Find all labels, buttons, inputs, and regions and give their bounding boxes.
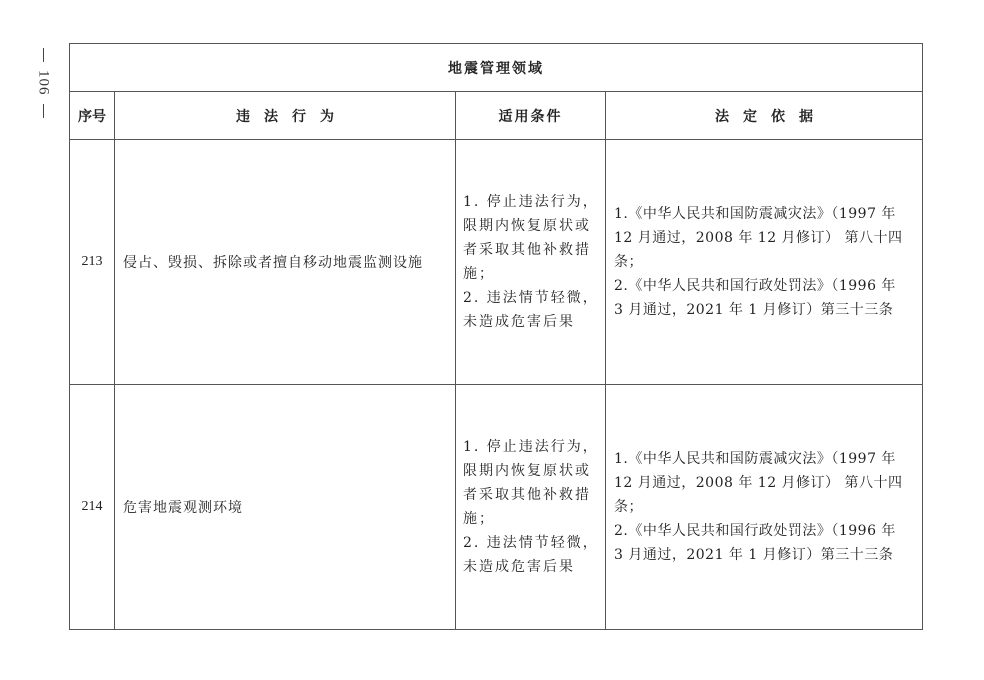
row-basis: 1.《中华人民共和国防震减灾法》（1997 年 12 月通过，2008 年 12… — [606, 140, 923, 385]
page-number-marker: 106 — [30, 48, 56, 148]
divider — [43, 104, 44, 118]
row-seq: 214 — [70, 385, 115, 630]
header-seq: 序号 — [70, 92, 115, 140]
table-header-row: 序号 违法行为 适用条件 法定依据 — [70, 92, 923, 140]
row-seq: 213 — [70, 140, 115, 385]
row-action: 危害地震观测环境 — [115, 385, 456, 630]
table-title-row: 地震管理领域 — [70, 44, 923, 92]
row-condition: 1. 停止违法行为， 限期内恢复原状或 者采取其他补救措 施； 2. 违法情节轻… — [456, 140, 606, 385]
table-row: 213 侵占、毁损、拆除或者擅自移动地震监测设施 1. 停止违法行为， 限期内恢… — [70, 140, 923, 385]
header-basis: 法定依据 — [606, 92, 923, 140]
page-number: 106 — [35, 70, 52, 96]
table-title: 地震管理领域 — [70, 44, 923, 92]
header-condition: 适用条件 — [456, 92, 606, 140]
table-row: 214 危害地震观测环境 1. 停止违法行为， 限期内恢复原状或 者采取其他补救… — [70, 385, 923, 630]
row-action: 侵占、毁损、拆除或者擅自移动地震监测设施 — [115, 140, 456, 385]
divider — [43, 48, 44, 62]
row-basis: 1.《中华人民共和国防震减灾法》（1997 年 12 月通过，2008 年 12… — [606, 385, 923, 630]
row-condition: 1. 停止违法行为， 限期内恢复原状或 者采取其他补救措 施； 2. 违法情节轻… — [456, 385, 606, 630]
header-action: 违法行为 — [115, 92, 456, 140]
regulation-table: 地震管理领域 序号 违法行为 适用条件 法定依据 213 侵占、毁损、拆除或者擅… — [69, 43, 923, 630]
